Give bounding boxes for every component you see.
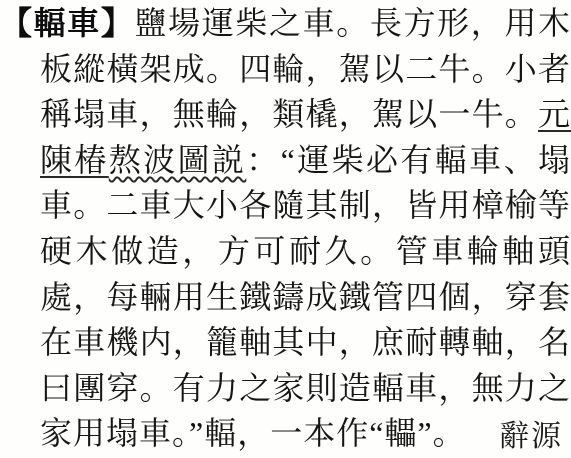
- book-title: 熬波圖説: [109, 142, 247, 178]
- entry-headword: 【輻車】: [0, 5, 135, 41]
- dictionary-page-scan: 【輻車】鹽場運柴之車。長方形，用木板縱橫架成。四輪，駕以二牛。小者稱塌車，無輪，…: [0, 0, 571, 458]
- source-label: 辭源: [499, 411, 563, 455]
- quote-close: ”: [189, 415, 204, 451]
- variant-note: 輻，一本作“轠”。: [204, 415, 465, 451]
- quote-colon-open: ：“: [246, 142, 296, 178]
- quotation-text: 運柴必有輻車、塌車。二車大小各隨其制，皆用樟榆等硬木做造，方可耐久。管車輪軸頭處…: [40, 142, 571, 452]
- dictionary-entry: 【輻車】鹽場運柴之車。長方形，用木板縱橫架成。四輪，駕以二牛。小者稱塌車，無輪，…: [0, 0, 571, 457]
